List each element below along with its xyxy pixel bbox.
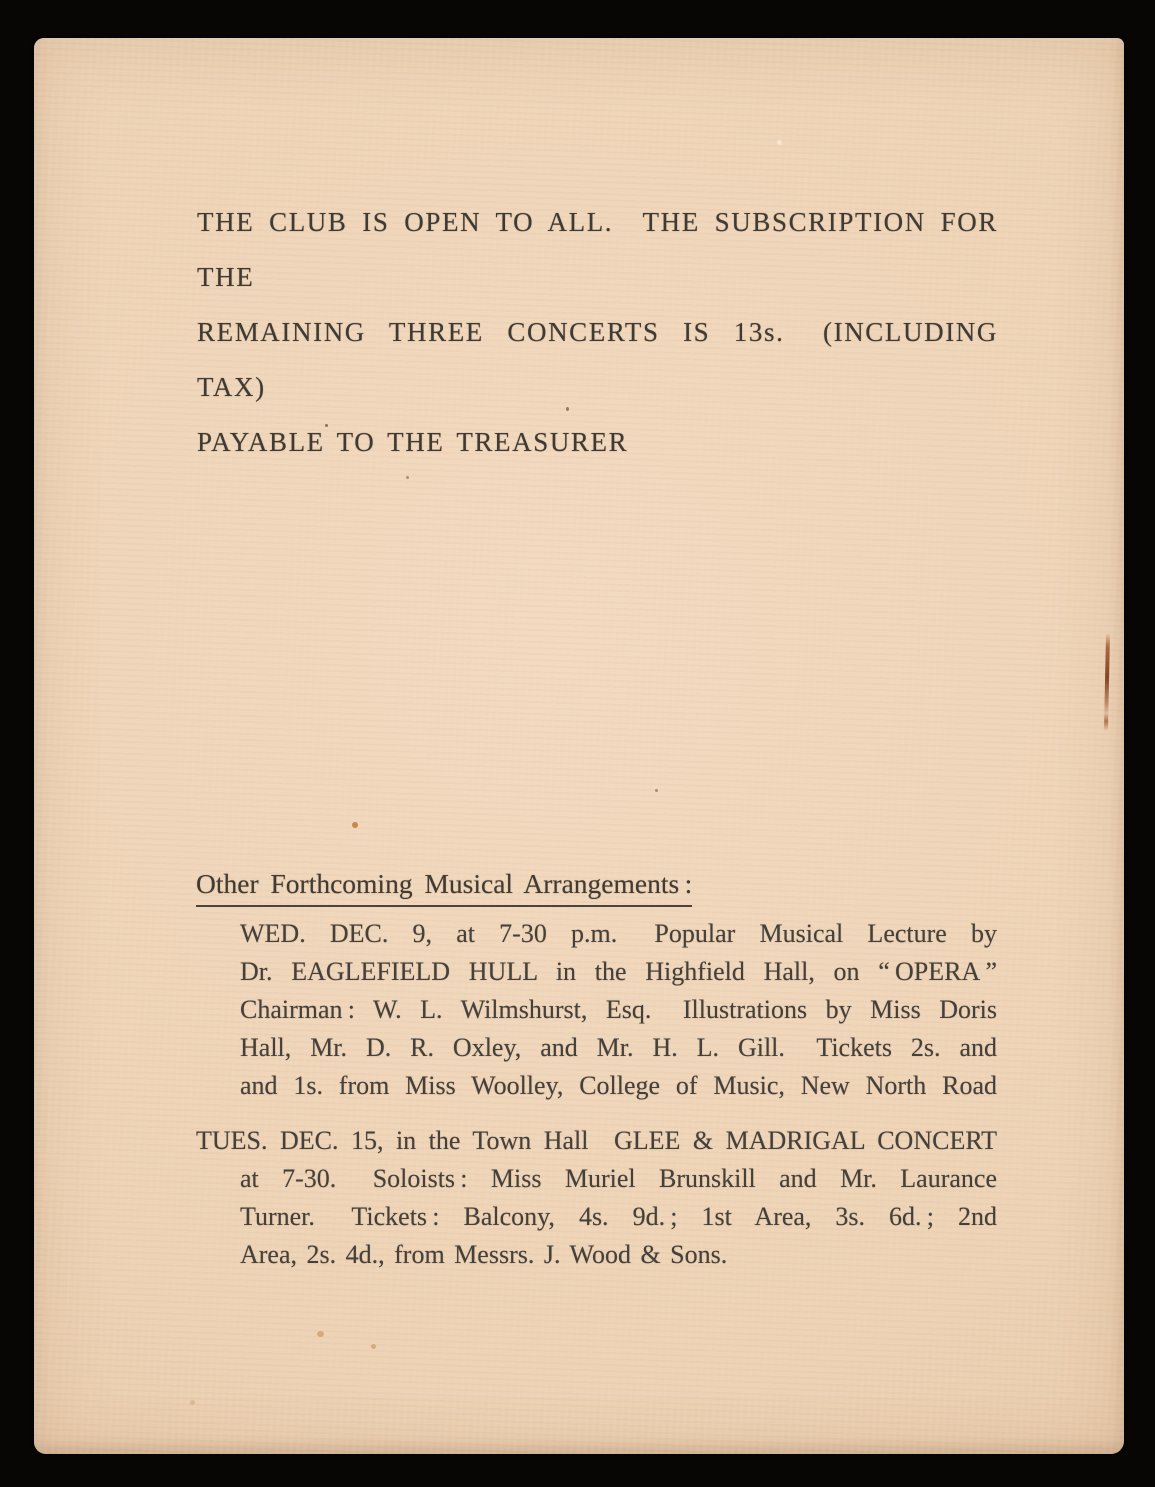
paper-speck	[325, 424, 328, 427]
event-musical-lecture: WED. DEC. 9, at 7-30 p.m. Popular Musica…	[240, 915, 997, 1105]
paper-speck	[777, 140, 782, 145]
notice-line-1: THE CLUB IS OPEN TO ALL. THE SUBSCRIPTIO…	[197, 195, 998, 305]
paper-speck	[352, 822, 358, 828]
section-heading: Other Forthcoming Musical Arrangements :	[196, 867, 997, 907]
section-heading-text: Other Forthcoming Musical Arrangements :	[196, 867, 692, 907]
paper-speck	[317, 1331, 324, 1337]
event-glee-madrigal-concert: TUES. DEC. 15, in the Town Hall GLEE & M…	[196, 1122, 997, 1274]
paper-speck	[566, 407, 569, 411]
subscription-notice: THE CLUB IS OPEN TO ALL. THE SUBSCRIPTIO…	[197, 195, 998, 470]
paper-scratch-mark	[1104, 633, 1110, 731]
event-line: Turner. Tickets : Balcony, 4s. 9d. ; 1st…	[240, 1198, 997, 1236]
event-line: at 7-30. Soloists : Miss Muriel Brunskil…	[240, 1160, 997, 1198]
notice-line-3: PAYABLE TO THE TREASURER	[197, 415, 998, 470]
event-line: Dr. EAGLEFIELD HULL in the Highfield Hal…	[240, 953, 997, 991]
event-line: Area, 2s. 4d., from Messrs. J. Wood & So…	[240, 1236, 997, 1274]
event-line: Hall, Mr. D. R. Oxley, and Mr. H. L. Gil…	[240, 1029, 997, 1067]
event-line: Chairman : W. L. Wilmshurst, Esq. Illust…	[240, 991, 997, 1029]
programme-page: THE CLUB IS OPEN TO ALL. THE SUBSCRIPTIO…	[34, 38, 1124, 1454]
paper-speck	[655, 789, 658, 792]
scanned-programme: { "colors":{ "bg":"#080505", "paper":"#e…	[0, 0, 1155, 1487]
event-line: WED. DEC. 9, at 7-30 p.m. Popular Musica…	[240, 915, 997, 953]
paper-speck	[371, 1344, 376, 1349]
event-line: and 1s. from Miss Woolley, College of Mu…	[240, 1067, 997, 1105]
notice-line-2: REMAINING THREE CONCERTS IS 13s. (INCLUD…	[197, 305, 998, 415]
paper-speck	[406, 476, 409, 479]
event-line: TUES. DEC. 15, in the Town Hall GLEE & M…	[196, 1122, 997, 1160]
paper-speck	[190, 1400, 195, 1405]
